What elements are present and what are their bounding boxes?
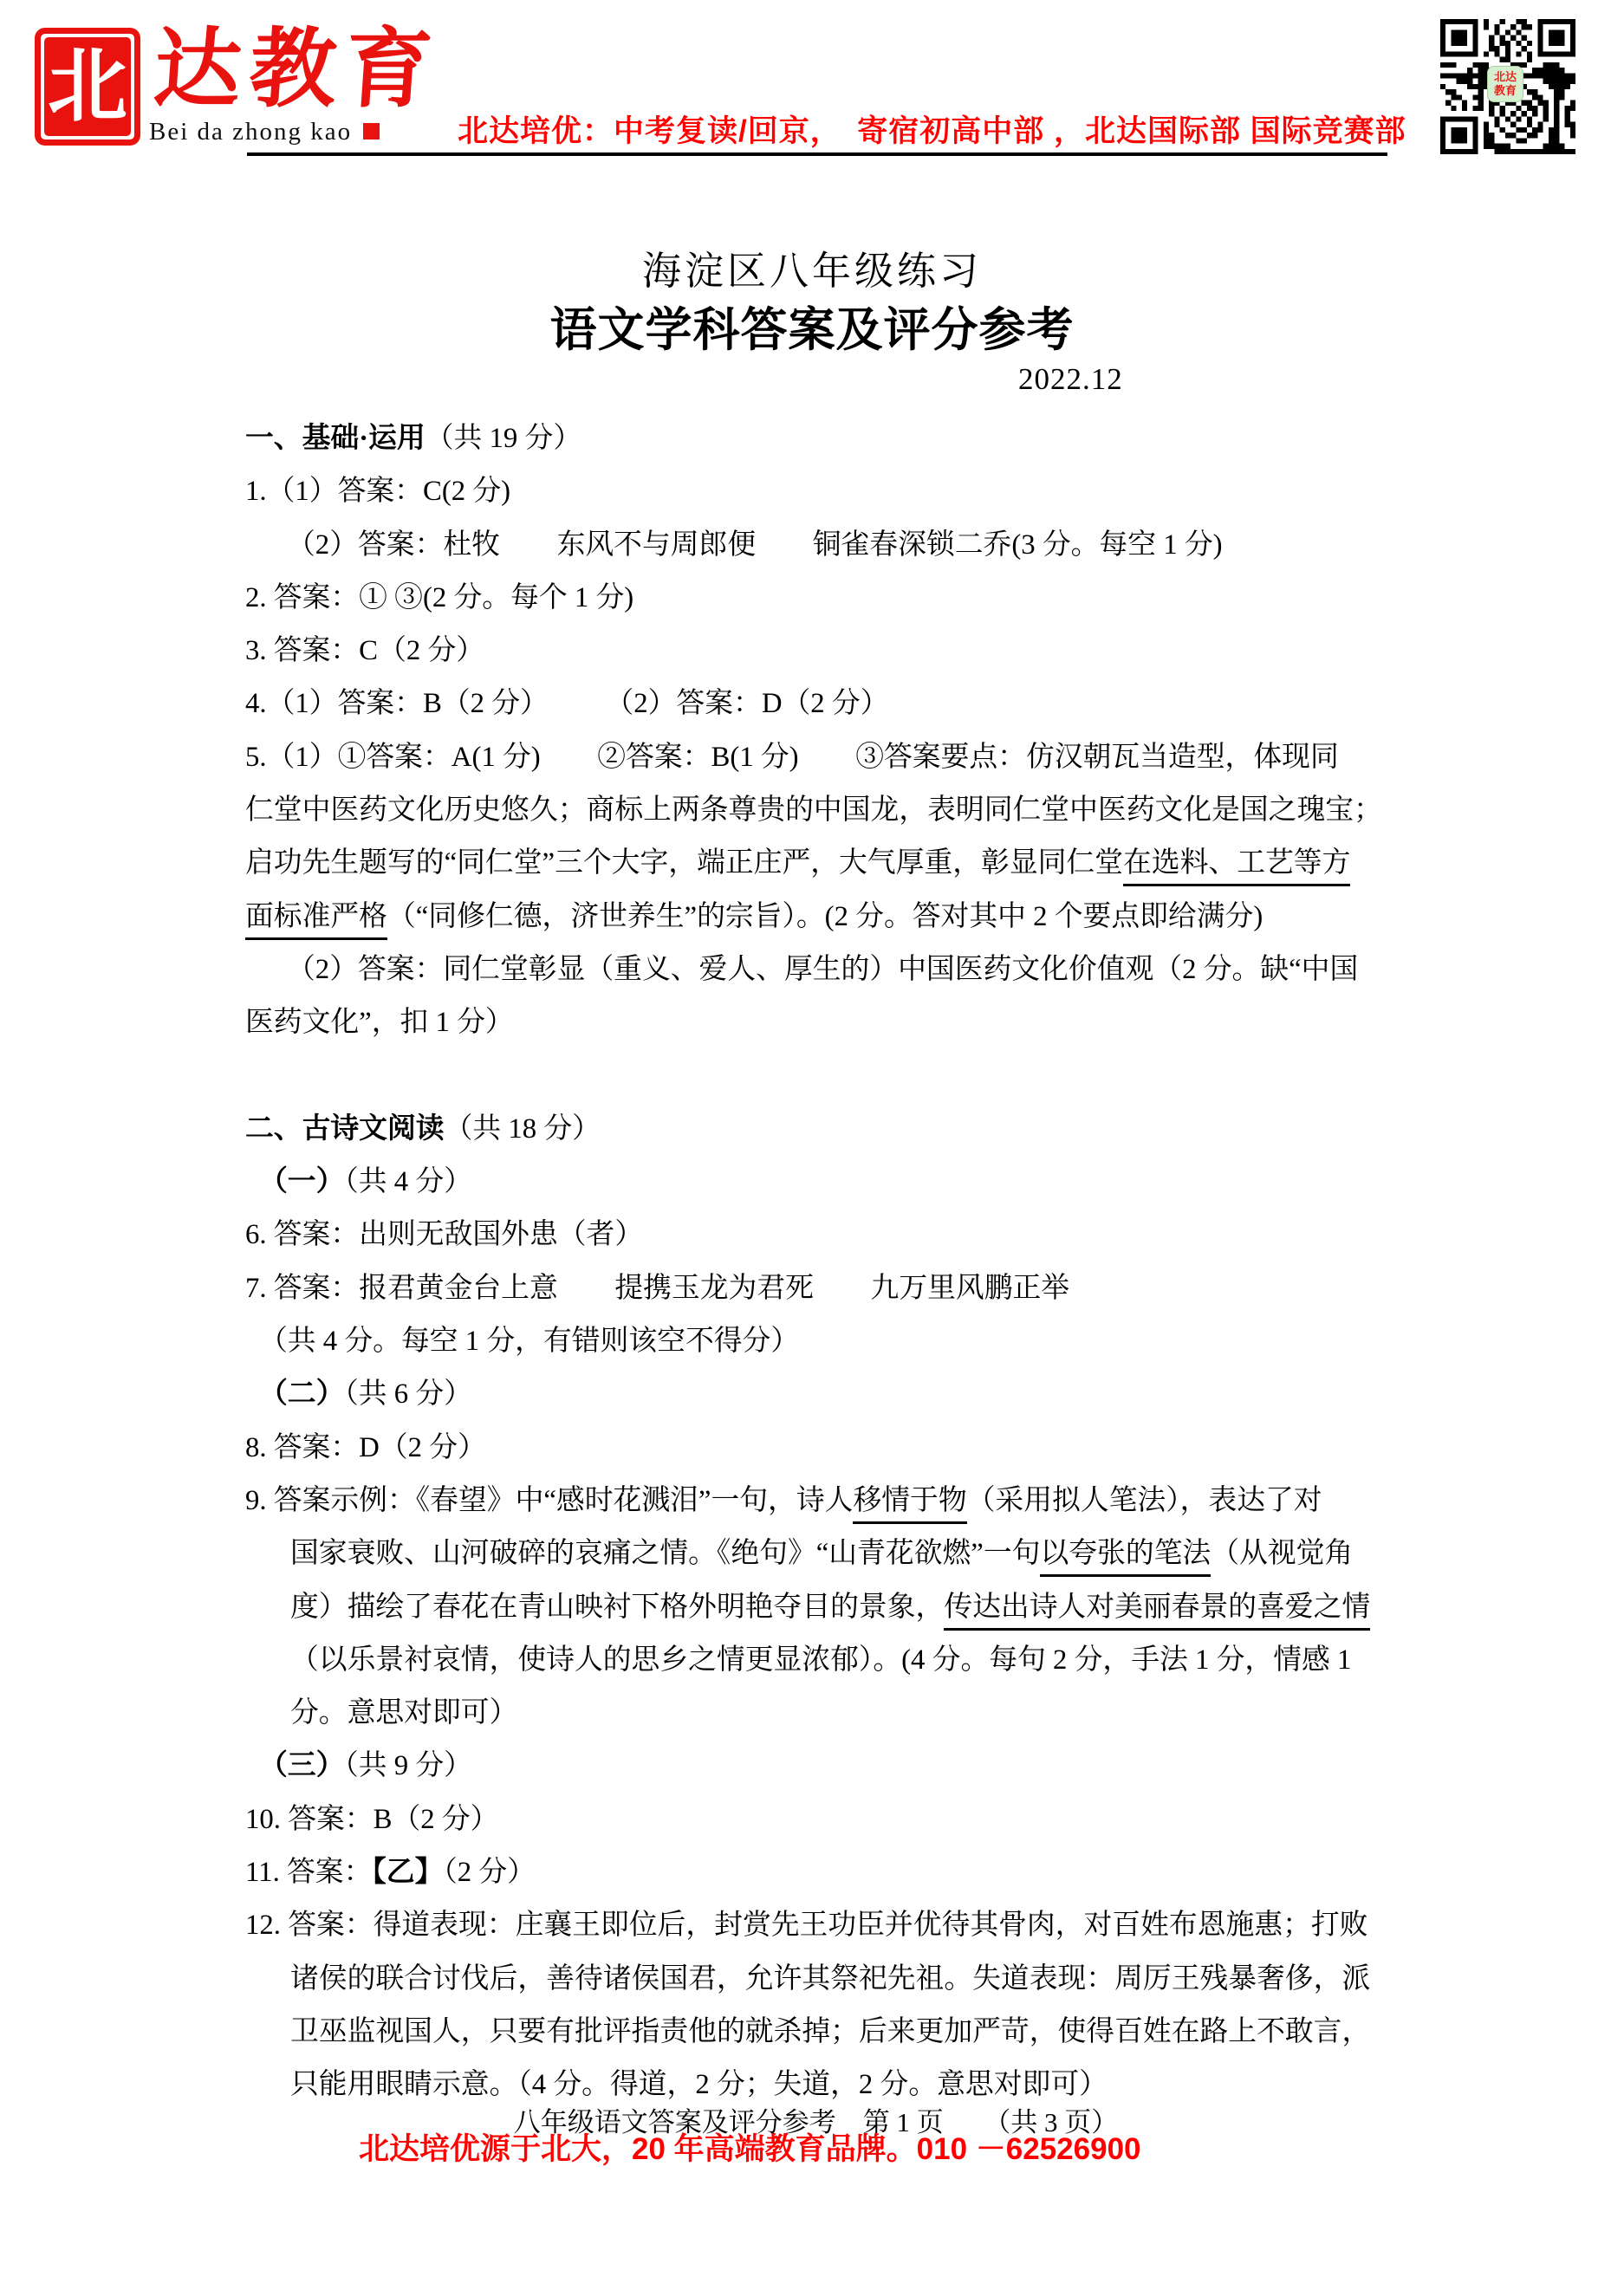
brand-calligraphy-text: 达教育 — [151, 23, 444, 118]
exam-title: 海淀区八年级练习 — [0, 239, 1624, 295]
answer-text-line: 2. 答案：① ③(2 分。每个 1 分) — [245, 572, 1406, 625]
text-segment: 卫巫监视国人，只要有批评指责他的就杀掉；后来更加严苛，使得百姓在路上不敢言， — [290, 2016, 1370, 2047]
brand-seal-fill: 北 — [44, 37, 131, 136]
page-title: 语文学科答案及评分参考 — [0, 293, 1624, 360]
text-segment: 4.（1）答案：B（2 分） （2）答案：D（2 分） — [245, 688, 889, 719]
answer-text-line: （2）答案：杜牧 东风不与周郎便 铜雀春深锁二乔(3 分。每空 1 分) — [245, 519, 1406, 572]
qr-badge-line1: 北达 — [1494, 70, 1517, 84]
text-segment: （2）答案：杜牧 东风不与周郎便 铜雀春深锁二乔(3 分。每空 1 分) — [287, 529, 1223, 561]
answer-lines: 一、基础·运用（共 19 分）1.（1）答案：C(2 分)（2）答案：杜牧 东风… — [245, 412, 1406, 2112]
answer-text-line: （二）（共 6 分） — [245, 1368, 1406, 1421]
text-segment: （共 6 分） — [344, 1378, 472, 1410]
text-segment: 二、古诗文阅读 — [245, 1113, 445, 1145]
answer-text-line: （以乐景衬哀情，使诗人的思乡之情更显浓郁）。(4 分。每句 2 分，手法 1 分… — [245, 1634, 1406, 1687]
answer-text-line: 医药文化”，扣 1 分） — [245, 996, 1406, 1049]
underlined-segment: 在选料、工艺等方 — [1123, 847, 1350, 886]
text-segment: 医药文化”，扣 1 分） — [245, 1007, 514, 1038]
text-segment: 8. 答案：D（2 分） — [245, 1432, 486, 1463]
answer-text-line: 度）描绘了春花在青山映衬下格外明艳夺目的景象，传达出诗人对美丽春景的喜爱之情 — [245, 1581, 1406, 1634]
header-divider-rule — [247, 152, 1387, 156]
answer-text-line: 7. 答案：报君黄金台上意 提携玉龙为君死 九万里风鹏正举 — [245, 1262, 1406, 1315]
blank-line — [245, 1050, 1406, 1103]
footer-slogan: 北达培优源于北大，20 年高端教育品牌。010 －62526900 — [359, 2125, 1141, 2169]
answer-text-line: 3. 答案：C（2 分） — [245, 625, 1406, 678]
brand-seal-logo: 北 — [35, 28, 140, 146]
brand-subtitle: Bei da zhong kao — [149, 118, 380, 146]
answer-text-line: 启功先生题写的“同仁堂”三个大字，端正庄严，大气厚重，彰显同仁堂在选料、工艺等方 — [245, 837, 1406, 890]
text-segment: （共 19 分） — [425, 423, 581, 454]
underlined-segment: 传达出诗人对美丽春景的喜爱之情 — [944, 1592, 1370, 1631]
exam-date: 2022.12 — [1018, 362, 1123, 397]
red-square-icon — [363, 123, 380, 139]
answer-text-line: 诸侯的联合讨伐后，善待诸侯国君，允许其祭祀先祖。失道表现：周厉王残暴奢侈，派 — [245, 1953, 1406, 2006]
answer-text-line: （共 4 分。每空 1 分，有错则该空不得分） — [245, 1315, 1406, 1368]
answer-text-line: 一、基础·运用（共 19 分） — [245, 412, 1406, 465]
text-segment: 11. 答案： — [245, 1857, 372, 1888]
answer-key-page: 北 达教育 Bei da zhong kao 北达培优：中考复读/回京， 寄宿初… — [0, 0, 1624, 2296]
answer-text-line: （三）（共 9 分） — [245, 1740, 1406, 1793]
answer-text-line: 分。意思对即可） — [245, 1687, 1406, 1740]
text-segment: 分。意思对即可） — [290, 1697, 517, 1728]
answer-text-line: 9. 答案示例：《春望》中“感时花溅泪”一句，诗人移情于物（采用拟人笔法），表达… — [245, 1475, 1406, 1527]
promo-banner-text: 北达培优：中考复读/回京， 寄宿初高中部 ，北达国际部 国际竞赛部 — [458, 107, 1406, 151]
text-segment: （三） — [259, 1750, 344, 1781]
answer-text-line: 卫巫监视国人，只要有批评指责他的就杀掉；后来更加严苛，使得百姓在路上不敢言， — [245, 2006, 1406, 2059]
text-segment: （共 4 分） — [344, 1166, 472, 1197]
text-segment: 启功先生题写的“同仁堂”三个大字，端正庄严，大气厚重，彰显同仁堂 — [245, 847, 1123, 879]
answer-text-line: （一）（共 4 分） — [245, 1156, 1406, 1209]
text-segment: 2. 答案：① ③(2 分。每个 1 分) — [245, 582, 633, 613]
underlined-segment: 面标准严格 — [245, 901, 387, 940]
qr-center-badge: 北达 教育 — [1487, 66, 1523, 102]
answer-text-line: 11. 答案：【乙】（2 分） — [245, 1846, 1406, 1899]
answer-text-line: 国家衰败、山河破碎的哀痛之情。《绝句》“山青花欲燃”一句以夸张的笔法（从视觉角 — [245, 1527, 1406, 1580]
text-segment: 只能用眼睛示意。（4 分。得道，2 分；失道，2 分。意思对即可） — [290, 2069, 1108, 2100]
text-segment: 6. 答案：出则无敌国外患（者） — [245, 1219, 643, 1250]
text-segment: 10. 答案：B（2 分） — [245, 1804, 498, 1835]
answer-text-line: 8. 答案：D（2 分） — [245, 1422, 1406, 1475]
text-segment: （采用拟人笔法），表达了对 — [967, 1485, 1322, 1516]
answer-text-line: 面标准严格（“同修仁德，济世养生”的宗旨）。(2 分。答对其中 2 个要点即给满… — [245, 891, 1406, 944]
text-segment: 度）描绘了春花在青山映衬下格外明艳夺目的景象， — [290, 1592, 944, 1623]
text-segment: （2）答案：同仁堂彰显（重义、爱人、厚生的）中国医药文化价值观（2 分。缺“中国 — [287, 954, 1358, 985]
answer-text-line: 10. 答案：B（2 分） — [245, 1793, 1406, 1846]
text-segment: 仁堂中医药文化历史悠久；商标上两条尊贵的中国龙，表明同仁堂中医药文化是国之瑰宝； — [245, 795, 1382, 826]
text-segment: 1.（1）答案：C(2 分) — [245, 476, 510, 507]
underlined-segment: 以夸张的笔法 — [1040, 1538, 1211, 1577]
text-segment: 3. 答案：C（2 分） — [245, 635, 484, 666]
text-segment: （共 4 分。每空 1 分，有错则该空不得分） — [259, 1326, 799, 1357]
text-segment: 国家衰败、山河破碎的哀痛之情。《绝句》“山青花欲燃”一句 — [290, 1538, 1040, 1569]
text-segment: （从视觉角 — [1211, 1538, 1353, 1569]
text-segment: （共 9 分） — [344, 1750, 472, 1781]
text-segment: （2 分） — [443, 1857, 536, 1888]
underlined-segment: 移情于物 — [853, 1485, 966, 1524]
text-segment: （共 18 分） — [445, 1113, 601, 1145]
answer-text-line: 1.（1）答案：C(2 分) — [245, 465, 1406, 518]
text-segment: 7. 答案：报君黄金台上意 提携玉龙为君死 九万里风鹏正举 — [245, 1273, 1069, 1304]
text-segment: 12. 答案：得道表现：庄襄王即位后，封赏先王功臣并优待其骨肉，对百姓布恩施惠；… — [245, 1910, 1367, 1941]
text-segment: （“同修仁德，济世养生”的宗旨）。(2 分。答对其中 2 个要点即给满分) — [387, 901, 1263, 932]
text-segment: 诸侯的联合讨伐后，善待诸侯国君，允许其祭祀先祖。失道表现：周厉王残暴奢侈，派 — [290, 1963, 1370, 1994]
answer-text-line: 4.（1）答案：B（2 分） （2）答案：D（2 分） — [245, 678, 1406, 730]
answer-text-line: （2）答案：同仁堂彰显（重义、爱人、厚生的）中国医药文化价值观（2 分。缺“中国 — [245, 944, 1406, 996]
brand-seal-character: 北 — [48, 47, 127, 126]
text-segment: （以乐景衬哀情，使诗人的思乡之情更显浓郁）。(4 分。每句 2 分，手法 1 分… — [290, 1644, 1351, 1676]
text-segment: 【乙】 — [372, 1857, 443, 1888]
text-segment: 9. 答案示例：《春望》中“感时花溅泪”一句，诗人 — [245, 1485, 853, 1516]
answer-text-line: 12. 答案：得道表现：庄襄王即位后，封赏先王功臣并优待其骨肉，对百姓布恩施惠；… — [245, 1899, 1406, 1952]
answer-text-line: 6. 答案：出则无敌国外患（者） — [245, 1209, 1406, 1262]
answer-text-line: 仁堂中医药文化历史悠久；商标上两条尊贵的中国龙，表明同仁堂中医药文化是国之瑰宝； — [245, 784, 1406, 837]
text-segment: （二） — [259, 1378, 344, 1410]
qr-badge-line2: 教育 — [1494, 84, 1517, 98]
text-segment: 5.（1）①答案：A(1 分) ②答案：B(1 分) ③答案要点：仿汉朝瓦当造型… — [245, 742, 1339, 773]
answer-text-line: 5.（1）①答案：A(1 分) ②答案：B(1 分) ③答案要点：仿汉朝瓦当造型… — [245, 731, 1406, 784]
brand-subtitle-text: Bei da zhong kao — [149, 118, 352, 146]
answer-text-line: 二、古诗文阅读（共 18 分） — [245, 1103, 1406, 1156]
text-segment: （一） — [259, 1166, 344, 1197]
text-segment: 一、基础·运用 — [245, 423, 425, 454]
